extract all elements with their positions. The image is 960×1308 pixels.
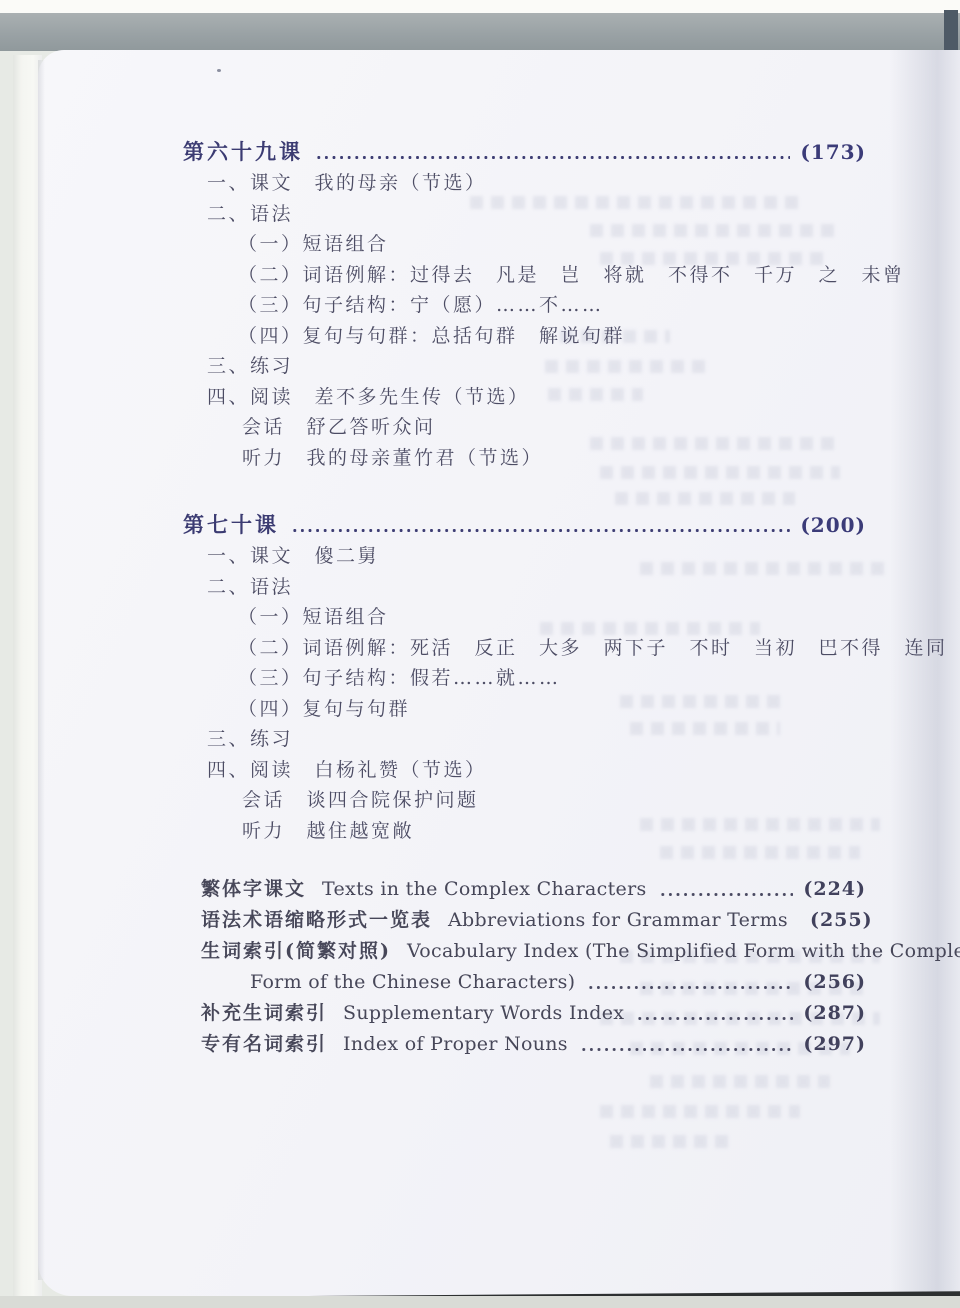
scan-bottom-band: [0, 1296, 960, 1308]
toc-item: （四）复句与句群：总括句群 解说句群: [238, 321, 866, 352]
book-spine-corner: [944, 10, 958, 52]
appendix-title-en: Supplementary Words Index: [343, 998, 624, 1029]
appendix-row: 专有名词索引 Index of Proper Nouns (297): [201, 1029, 866, 1060]
toc-item: 四、阅读 差不多先生传（节选）: [207, 382, 866, 413]
bleed-through-artifact: [650, 1075, 830, 1088]
toc-item: （一）短语组合: [238, 229, 866, 260]
appendix-title-zh: 专有名词索引: [201, 1029, 327, 1060]
toc-item: （四）复句与句群: [238, 694, 866, 725]
appendix-title-zh: 补充生词索引: [201, 998, 327, 1029]
appendix-title-en: Abbreviations for Grammar Terms: [448, 905, 788, 936]
toc-item: （一）短语组合: [238, 602, 866, 633]
appendix-title-zh: 繁体字课文: [201, 874, 306, 905]
appendix-row: 繁体字课文 Texts in the Complex Characters (2…: [201, 874, 866, 905]
scan-top-gray-band: [0, 13, 960, 51]
appendix-title-zh: 生词索引(简繁对照): [201, 936, 391, 967]
appendix-title-en: Index of Proper Nouns: [343, 1029, 568, 1060]
appendix-page-number: (224): [803, 874, 866, 905]
scan-speck: [217, 69, 221, 72]
toc-item: （二）词语例解：死活 反正 大多 两下子 不时 当初 巴不得 连同: [238, 633, 866, 664]
toc-item: 听力 越住越宽敞: [242, 816, 866, 847]
dotted-leader: [659, 892, 794, 897]
dotted-leader: [580, 1047, 794, 1052]
lesson-69-page-number: (173): [800, 136, 866, 168]
toc-item: （二）词语例解：过得去 凡是 岂 将就 不得不 千万 之 未曾: [238, 260, 866, 291]
lesson-69-block: 第六十九课 (173) 一、课文 我的母亲（节选） 二、语法 （一）短语组合 （…: [183, 136, 866, 473]
lesson-70-page-number: (200): [800, 509, 866, 541]
appendix-row-continuation: Form of the Chinese Characters) (256): [250, 967, 866, 998]
page-left-crease: [38, 60, 45, 1280]
scanned-book-page: { "lessons": [ { "title": "第六十九课", "page…: [0, 0, 960, 1308]
appendix-title-zh: 语法术语缩略形式一览表: [201, 905, 432, 936]
dotted-leader: [291, 528, 790, 533]
toc-item: 四、阅读 白杨礼赞（节选）: [207, 755, 866, 786]
table-of-contents: 第六十九课 (173) 一、课文 我的母亲（节选） 二、语法 （一）短语组合 （…: [183, 136, 866, 1060]
toc-item: 一、课文 我的母亲（节选）: [207, 168, 866, 199]
toc-item: 三、练习: [207, 724, 866, 755]
toc-item: 会话 舒乙答听众问: [242, 412, 866, 443]
toc-item: 二、语法: [207, 572, 866, 603]
appendix-title-en-continuation: Form of the Chinese Characters): [250, 967, 575, 998]
appendix-page-number: (256): [803, 967, 866, 998]
dotted-leader: [636, 1016, 793, 1021]
appendix-page-number: (255): [810, 905, 873, 936]
dotted-leader: [587, 985, 793, 990]
toc-item: （三）句子结构：宁（愿）……不……: [238, 290, 866, 321]
lesson-70-title: 第七十课: [183, 509, 279, 541]
toc-item: 三、练习: [207, 351, 866, 382]
page-gutter-shadow: [890, 50, 960, 1296]
toc-item: （三）句子结构：假若……就……: [238, 663, 866, 694]
bleed-through-artifact: [600, 1105, 800, 1118]
scan-top-white-band: [0, 0, 960, 14]
appendix-title-en: Vocabulary Index (The Simplified Form wi…: [407, 936, 960, 967]
toc-item: 会话 谈四合院保护问题: [242, 785, 866, 816]
bleed-through-artifact: [610, 1135, 730, 1148]
appendix-row: 语法术语缩略形式一览表 Abbreviations for Grammar Te…: [201, 905, 866, 936]
appendix-row: 补充生词索引 Supplementary Words Index (287): [201, 998, 866, 1029]
toc-item: 一、课文 傻二舅: [207, 541, 866, 572]
lesson-70-heading: 第七十课 (200): [183, 509, 866, 541]
toc-item: 二、语法: [207, 199, 866, 230]
toc-item: 听力 我的母亲董竹君（节选）: [242, 443, 866, 474]
appendix-page-number: (297): [803, 1029, 866, 1060]
appendix-page-number: (287): [803, 998, 866, 1029]
dotted-leader: [315, 155, 790, 160]
lesson-69-heading: 第六十九课 (173): [183, 136, 866, 168]
appendix-row: 生词索引(简繁对照) Vocabulary Index (The Simplif…: [201, 936, 866, 967]
appendix-section: 繁体字课文 Texts in the Complex Characters (2…: [183, 874, 866, 1060]
appendix-title-en: Texts in the Complex Characters: [322, 874, 647, 905]
lesson-69-title: 第六十九课: [183, 136, 303, 168]
lesson-70-block: 第七十课 (200) 一、课文 傻二舅 二、语法 （一）短语组合 （二）词语例解…: [183, 509, 866, 846]
